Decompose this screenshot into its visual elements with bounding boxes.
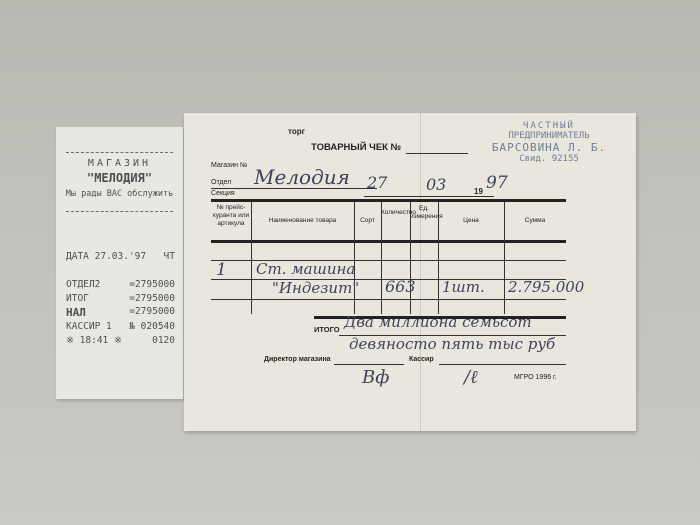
slip-row-label: ИТОГ (66, 293, 89, 304)
section-label: Секция (211, 190, 235, 197)
slip-row: ※ 18:41 ※ 0120 (66, 335, 175, 346)
paper-fold (420, 113, 421, 431)
col-divider (381, 202, 382, 314)
header-unit: Ед. измерения (410, 205, 438, 221)
org-label: торг (288, 127, 305, 136)
table-header-border (211, 240, 566, 243)
header-price: Цена (438, 217, 504, 225)
slip-row: ОТДЕЛ2 =2795000 (66, 279, 175, 290)
slip-date-row: ДАТА 27.03.'97 ЧТ (66, 251, 175, 262)
slip-date-label: ДАТА (66, 251, 89, 262)
director-label: Директор магазина (264, 356, 331, 363)
header-item-name: Наименование товара (251, 217, 354, 225)
slip-store-name: "МЕЛОДИЯ" (56, 171, 183, 185)
date-day: 27 (367, 173, 387, 192)
date-line (364, 196, 494, 197)
total-words-line1: Два миллиона семьсот (344, 313, 532, 331)
director-signature-line (334, 364, 404, 365)
cashier-signature-line (439, 364, 566, 365)
header-total: Сумма (504, 217, 566, 225)
slip-row-label: ОТДЕЛ2 (66, 279, 100, 290)
total-line (339, 335, 566, 336)
slip-row-value: № 020540 (129, 321, 175, 332)
slip-row-label: ※ 18:41 ※ (66, 335, 122, 346)
slip-row-value: =2795000 (129, 293, 175, 304)
slip-row: ИТОГ =2795000 (66, 293, 175, 304)
printer-mark: МГРО 1996 г. (514, 374, 557, 381)
header-article: № прейс-куранта или артикула (211, 204, 251, 228)
row-article: 1 (216, 260, 227, 280)
divider (66, 211, 173, 212)
slip-greeting: Мы рады ВАС обслужить (56, 189, 183, 199)
year-suffix: 97 (486, 173, 508, 193)
cashier-label: Кассир (409, 356, 434, 363)
receipt-title: ТОВАРНЫЙ ЧЕК № (311, 142, 401, 153)
cash-register-slip: МАГАЗИН "МЕЛОДИЯ" Мы рады ВАС обслужить … (56, 127, 183, 399)
slip-weekday: ЧТ (164, 251, 175, 262)
slip-row-label: НАЛ (66, 306, 86, 319)
slip-row-label: КАССИР 1 (66, 321, 112, 332)
stamp-line: ПРЕДПРИНИМАТЕЛЬ (489, 131, 609, 141)
slip-row-value: =2795000 (129, 306, 175, 319)
slip-row: НАЛ =2795000 (66, 306, 175, 319)
stamp-line: БАРСОВИНА Л. Б. (489, 141, 609, 154)
row-item-name-2: "Индезит" (272, 279, 359, 297)
slip-date: 27.03.'97 (95, 251, 146, 262)
table-top-border (211, 199, 566, 202)
row-quantity: 663 (385, 277, 416, 296)
total-label: ИТОГО (314, 325, 340, 334)
cashier-signature: ∕ℓ (464, 367, 478, 388)
stamp-line: ЧАСТНЫЙ (489, 121, 609, 131)
slip-row: КАССИР 1 № 020540 (66, 321, 175, 332)
divider (66, 152, 173, 153)
row-total: 2.795.000 (508, 278, 584, 296)
header-grade: Сорт (354, 217, 381, 225)
slip-store-label: МАГАЗИН (56, 158, 183, 169)
slip-row-value: 0120 (152, 335, 175, 346)
entrepreneur-stamp: ЧАСТНЫЙ ПРЕДПРИНИМАТЕЛЬ БАРСОВИНА Л. Б. … (489, 121, 609, 164)
stamp-line: Свид. 92155 (489, 154, 609, 164)
department-label: Отдел (211, 179, 231, 186)
total-words-line2: девяносто пять тыс руб (349, 335, 555, 353)
row-item-name-1: Ст. машина (256, 260, 355, 278)
sales-receipt-form: торг ТОВАРНЫЙ ЧЕК № ЧАСТНЫЙ ПРЕДПРИНИМАТ… (184, 113, 636, 431)
year-prefix: 19 (474, 187, 483, 196)
row-line (211, 299, 566, 300)
director-signature: Вф (362, 367, 389, 388)
store-name-handwritten: Мелодия (254, 165, 350, 189)
row-price: 1шт. (442, 278, 485, 296)
header-quantity: Количество (381, 209, 410, 217)
receipt-number-line (406, 153, 468, 154)
store-number-label: Магазин № (211, 162, 247, 169)
date-month: 03 (426, 175, 446, 194)
slip-row-value: =2795000 (129, 279, 175, 290)
